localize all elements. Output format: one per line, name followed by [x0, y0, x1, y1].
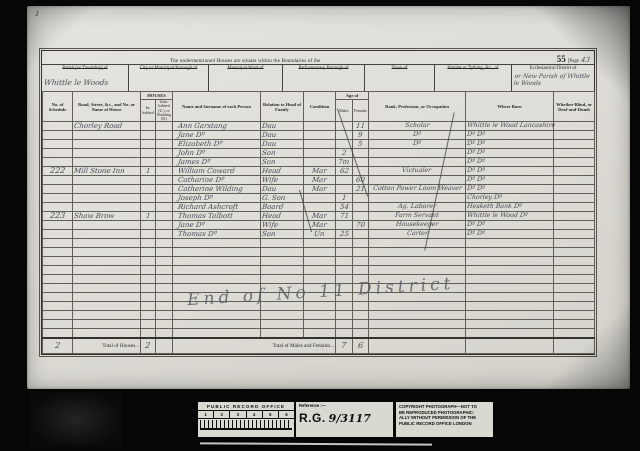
census-form: The undermentioned Houses are situate wi…: [41, 50, 595, 355]
age-male: 1: [341, 194, 346, 202]
relation: Head: [262, 212, 282, 220]
condition: Mar: [312, 221, 328, 229]
copyright-stamp: COPYRIGHT PHOTOGRAPH—NOT TO BE REPRODUCE…: [396, 402, 493, 437]
col-females: Females: [353, 100, 369, 122]
occupation: Housekeeper: [395, 221, 438, 229]
person-row: Richard AshcroftBoard54Ag. LaborerHesket…: [43, 203, 595, 212]
birthplace: Dº Dº: [467, 140, 486, 148]
copyright-line: COPYRIGHT PHOTOGRAPH—NOT TO: [399, 404, 490, 410]
birthplace: Dº Dº: [467, 149, 486, 157]
total-females: 6: [357, 342, 363, 350]
field-parish-label: Parish [or Township] of: [44, 66, 126, 72]
blank-row: [43, 320, 595, 329]
page-number: 43: [581, 56, 591, 64]
reference-label: Reference :—: [299, 403, 390, 408]
field-city-borough: City or Municipal Borough of: [128, 65, 208, 91]
condition: Mar: [312, 176, 328, 184]
relation: Wife: [262, 176, 279, 184]
occupation: Cotton Power Loom Weaver: [372, 185, 462, 193]
relation: Dau: [262, 140, 277, 148]
blank-row: [43, 266, 595, 275]
birthplace: Whittle le Wood Lancashire: [467, 122, 556, 130]
relation: Son: [262, 230, 277, 238]
census-table: No. of Schedule Road, Street, &c., and N…: [42, 91, 595, 354]
condition: Un: [314, 230, 325, 238]
person-row: Catharine DºWifeMar60Dº Dº: [43, 176, 595, 185]
age-female: 11: [356, 122, 366, 130]
birthplace: Chorley Dº: [467, 194, 503, 202]
person-row: Jane DºWifeMar70HousekeeperDº Dº: [43, 221, 595, 230]
relation: Dau: [262, 131, 277, 139]
age-female: 9: [358, 131, 363, 139]
ruler-ticks: [200, 420, 292, 430]
blank-row: [43, 329, 595, 338]
occupation: Dº: [413, 140, 422, 148]
col-uninhabited: Unin-habited (U.), or Building (B.): [156, 100, 173, 122]
total-houses-value: 2: [145, 342, 151, 350]
field-hamlet: Hamlet or Tything, &c., of: [434, 65, 511, 91]
field-parish-value: Whittle le Woods: [43, 79, 108, 87]
blank-row: [43, 302, 595, 311]
person-row: Jane DºDau9DºDº Dº: [43, 131, 595, 140]
col-age: Age of: [336, 92, 369, 100]
occupation: Victualer: [402, 167, 432, 175]
field-ecclesiastical-district-value: or New Parish of Whittle le Woods: [513, 74, 593, 87]
birthplace: Dº Dº: [467, 167, 486, 175]
relation: Dau: [262, 185, 277, 193]
field-city-borough-label: City or Municipal Borough of: [131, 66, 206, 72]
age-female: 70: [356, 221, 366, 229]
field-ecclesiastical-district-label: Ecclesiastical District of: [514, 66, 592, 72]
ruler-numbers: 123456: [198, 411, 294, 419]
boundary-note: The undermentioned Houses are situate wi…: [170, 59, 321, 64]
jurisdiction-fields: Parish [or Township] of Whittle le Woods…: [42, 64, 594, 91]
person-row: Elizabeth DºDau5DºDº Dº: [43, 140, 595, 149]
condition: Mar: [312, 185, 328, 193]
birthplace: Dº Dº: [467, 176, 486, 184]
margin-mark: 1: [35, 10, 40, 18]
field-parliamentary-borough: Parliamentary Borough of: [282, 65, 364, 91]
age-male: 2: [341, 149, 346, 157]
birthplace: Whittle le Wood Dº: [467, 212, 529, 220]
person-name: Thomas Dº: [178, 230, 218, 238]
field-ecclesiastical-district: Ecclesiastical District of or New Parish…: [511, 65, 594, 91]
archive-stamps: PUBLIC RECORD OFFICE 123456 Reference :—…: [198, 402, 493, 437]
age-female: 5: [358, 140, 363, 148]
copyright-line: PUBLIC RECORD OFFICE LONDON: [399, 421, 490, 427]
col-inhabited: In-habited: [141, 100, 156, 122]
reference-line: R.G. 9/3117: [299, 411, 390, 425]
person-name: Catherine Wilding: [178, 185, 244, 193]
person-row: 223Shaw Brow1Thomas TalbottHeadMar71Farm…: [43, 212, 595, 221]
person-name: Catharine Dº: [178, 176, 225, 184]
birthplace: Hesketh Bank Dº: [467, 203, 523, 211]
col-occupation: Rank, Profession, or Occupation: [369, 92, 466, 122]
col-road: Road, Street, &c., and No. or Name of Ho…: [73, 92, 141, 122]
col-born: Where Born: [466, 92, 554, 122]
field-town: Town of: [364, 65, 434, 91]
reference-number: 9/3117: [329, 412, 371, 425]
person-row: Thomas DºSonUn25CarterDº Dº: [43, 230, 595, 239]
col-houses: HOUSES: [141, 92, 173, 100]
condition: Mar: [312, 212, 328, 220]
boundary-note-row: The undermentioned Houses are situate wi…: [42, 51, 594, 64]
age-male: 25: [339, 230, 349, 238]
house-address: Mill Stone Inn: [74, 167, 126, 175]
page-label: [Page: [568, 59, 579, 64]
field-municipal-ward: Municipal Ward of: [208, 65, 282, 91]
schedule-number: 223: [49, 212, 65, 220]
age-male: 62: [339, 167, 349, 175]
person-name: Joseph Dº: [178, 194, 214, 202]
col-name: Name and Surname of each Person: [173, 92, 261, 122]
person-row: James DºSon7mDº Dº: [43, 158, 595, 167]
person-name: Thomas Talbott: [178, 212, 234, 220]
film-blur-mark: [30, 392, 122, 447]
col-infirm: Whether Blind, or Deaf-and-Dumb: [554, 92, 595, 122]
folio-page-number: 55 [Page 43: [557, 54, 590, 64]
blank-row: [43, 257, 595, 266]
person-name: Ann Garstang: [178, 122, 228, 130]
column-headers: No. of Schedule Road, Street, &c., and N…: [43, 92, 595, 122]
birthplace: Dº Dº: [467, 221, 486, 229]
person-row: Joseph DºG. Son1Chorley Dº: [43, 194, 595, 203]
public-record-office-stamp: PUBLIC RECORD OFFICE 123456: [198, 402, 296, 437]
house-address: Chorley Road: [74, 122, 123, 130]
field-parliamentary-borough-label: Parliamentary Borough of: [285, 66, 362, 72]
occupation: Scholar: [404, 122, 429, 130]
relation: Son: [262, 158, 277, 166]
col-relation: Relation to Head of Family: [261, 92, 304, 122]
relation: Board: [262, 203, 284, 211]
person-name: John Dº: [178, 149, 206, 157]
inhabited-mark: 1: [145, 167, 150, 175]
condition: Mar: [312, 167, 328, 175]
age-male: 54: [339, 203, 349, 211]
blank-row: [43, 248, 595, 257]
reference-stamp: Reference :— R.G. 9/3117: [296, 402, 393, 437]
relation: Head: [262, 167, 282, 175]
person-name: Jane Dº: [178, 221, 206, 229]
field-hamlet-label: Hamlet or Tything, &c., of: [437, 66, 509, 72]
relation: G. Son: [262, 194, 286, 202]
person-row: John DºSon2Dº Dº: [43, 149, 595, 158]
person-row: Catherine WildingDauMar21Cotton Power Lo…: [43, 185, 595, 194]
relation: Dau: [262, 122, 277, 130]
census-page: 1 The undermentioned Houses are situate …: [27, 6, 630, 389]
person-row: Chorley RoadAnn GarstangDau11ScholarWhit…: [43, 122, 595, 131]
total-males: 7: [341, 342, 347, 350]
film-scratch-line: [200, 442, 432, 445]
col-condition: Condition: [304, 92, 336, 122]
age-male: 7m: [338, 158, 350, 166]
field-municipal-ward-label: Municipal Ward of: [211, 66, 280, 72]
person-name: James Dº: [178, 158, 211, 166]
birthplace: Dº Dº: [467, 131, 486, 139]
totals-row: 2 Total of Houses... 2 Total of Males an…: [43, 338, 595, 354]
folio-number: 55: [557, 54, 566, 64]
blank-row: [43, 311, 595, 320]
relation: Wife: [262, 221, 279, 229]
total-schedules: 2: [54, 342, 60, 350]
reference-prefix: R.G.: [299, 411, 326, 425]
person-name: William Coward: [178, 167, 236, 175]
person-name: Richard Ashcroft: [178, 203, 239, 211]
blank-row: [43, 239, 595, 248]
total-houses-label: Total of Houses...: [73, 338, 141, 354]
person-name: Jane Dº: [178, 131, 206, 139]
col-schedule: No. of Schedule: [43, 92, 73, 122]
field-parish: Parish [or Township] of Whittle le Woods: [42, 65, 128, 91]
total-persons-label: Total of Males and Females...: [173, 338, 336, 354]
birthplace: Dº Dº: [467, 230, 486, 238]
age-male: 71: [339, 212, 349, 220]
birthplace: Dº Dº: [467, 158, 486, 166]
occupation: Dº: [413, 131, 422, 139]
inhabited-mark: 1: [145, 212, 150, 220]
house-address: Shaw Brow: [74, 212, 115, 220]
birthplace: Dº Dº: [467, 185, 486, 193]
relation: Son: [262, 149, 277, 157]
person-row: 222Mill Stone Inn1William CowardHeadMar6…: [43, 167, 595, 176]
occupation: Carter: [406, 230, 428, 238]
occupation: Ag. Laborer: [397, 203, 436, 211]
census-photograph: 1 The undermentioned Houses are situate …: [0, 0, 640, 451]
pro-stamp-title: PUBLIC RECORD OFFICE: [198, 402, 294, 411]
field-town-label: Town of: [367, 66, 432, 72]
schedule-number: 222: [49, 167, 65, 175]
person-name: Elizabeth Dº: [178, 140, 224, 148]
